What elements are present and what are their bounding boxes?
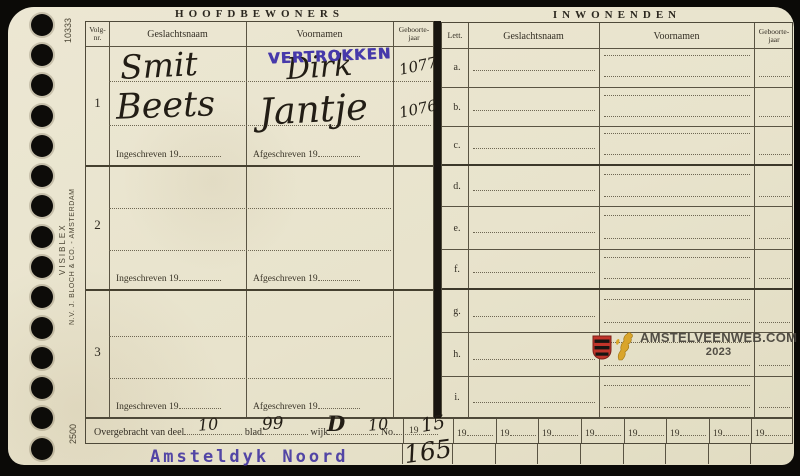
col-header-geslachtsnaam: Geslachtsnaam: [468, 31, 599, 42]
handwritten-surname: Beets: [115, 87, 215, 125]
writing-line: [109, 208, 391, 209]
handwritten-surname: Smit: [119, 47, 198, 84]
writing-line: [109, 250, 391, 251]
manufacturer-imprint: N.V. J. BLOCH & CO. - AMSTERDAM: [69, 188, 76, 325]
cell-divider: [537, 444, 538, 464]
lion-icon: [613, 331, 637, 361]
row-letter: d.: [448, 181, 466, 192]
col-header-voornamen: Voornamen: [246, 29, 393, 40]
punch-hole-icon: [31, 226, 53, 248]
writing-line: [759, 278, 790, 279]
writing-line: [604, 215, 750, 216]
label-blad: blad: [245, 427, 262, 438]
watermark-text-block: AMSTELVEENWEB.COM 2023: [640, 331, 797, 359]
year-cell: 19: [500, 426, 536, 439]
writing-line: [759, 154, 790, 155]
inwonenden-row-e: e.: [442, 206, 792, 249]
writing-line: [473, 110, 595, 111]
writing-line: [109, 378, 391, 379]
punch-hole-icon: [31, 105, 53, 127]
inwonenden-row-g: g.: [442, 288, 792, 332]
punch-hole-icon: [31, 377, 53, 399]
handwritten-house-number: 165: [402, 436, 453, 467]
cell-divider: [750, 444, 751, 464]
registration-card: 10333 VISIBLEX N.V. J. BLOCH & CO. - AMS…: [8, 7, 794, 465]
hoofdbewoners-row-2: 2 Ingeschreven 19 Afgeschreven 19: [86, 165, 433, 289]
punch-hole-icon: [31, 286, 53, 308]
afgeschreven-label: Afgeschreven 19: [253, 147, 360, 160]
cell-divider: [665, 444, 666, 464]
col-header-voornamen: Voornamen: [599, 31, 754, 42]
writing-line: [473, 232, 595, 233]
col-header-volgnr: Volg- nr.: [86, 26, 109, 42]
hoofdbewoners-row-3: 3 Ingeschreven 19 Afgeschreven 19: [86, 289, 433, 419]
section-title-hoofdbewoners: HOOFDBEWONERS: [85, 8, 434, 20]
writing-line: [473, 148, 595, 149]
section-title-inwonenden: INWONENDEN: [441, 9, 793, 21]
writing-line: [759, 322, 790, 323]
inwonenden-row-b: b.: [442, 87, 792, 126]
cell-divider: [624, 419, 625, 443]
year-cell: 19: [755, 426, 791, 439]
handwritten-wijk: D: [327, 413, 345, 434]
row-letter: c.: [448, 140, 466, 151]
year-cell: 19: [628, 426, 664, 439]
cell-divider: [708, 444, 709, 464]
writing-line: [604, 196, 750, 197]
row-letter: i.: [448, 392, 466, 403]
writing-line: [473, 402, 595, 403]
handwritten-birthyear: 1077: [398, 55, 438, 78]
writing-line: [604, 322, 750, 323]
inwonenden-row-a: a.: [442, 49, 792, 87]
inwonenden-header-row: Lett. Geslachtsnaam Voornamen Geboorte- …: [442, 23, 792, 49]
ingeschreven-label: Ingeschreven 19: [116, 147, 221, 160]
writing-line: [759, 196, 790, 197]
inwonenden-row-f: f.: [442, 249, 792, 288]
year-cell: 19: [542, 426, 578, 439]
print-code-top: 10333: [63, 18, 73, 43]
first-year-cell: 19: [409, 426, 419, 436]
cell-divider: [495, 444, 496, 464]
writing-line: [759, 365, 790, 366]
writing-line: [604, 116, 750, 117]
label-wijk: wijk: [311, 427, 329, 438]
writing-line: [604, 76, 750, 77]
punch-hole-icon: [31, 74, 53, 96]
row-letter: h.: [448, 349, 466, 360]
col-header-geslachtsnaam: Geslachtsnaam: [109, 29, 246, 40]
hoofdbewoners-table: Volg- nr. Geslachtsnaam Voornamen Geboor…: [85, 21, 434, 418]
punch-hole-icon: [31, 165, 53, 187]
writing-line: [473, 190, 595, 191]
writing-line: [604, 407, 750, 408]
amstelveenweb-watermark: AMSTELVEENWEB.COM 2023: [592, 331, 797, 361]
afgeschreven-label: Afgeschreven 19: [253, 271, 360, 284]
punch-hole-icon: [31, 438, 53, 460]
writing-line: [604, 257, 750, 258]
row-number: 3: [86, 344, 109, 360]
cell-divider: [538, 419, 539, 443]
row-letter: g.: [448, 306, 466, 317]
writing-line: [604, 154, 750, 155]
handwritten-deel: 10: [197, 416, 218, 433]
punch-hole-icon: [31, 195, 53, 217]
hoofdbewoners-row-1: 1 Smit Dirk 1077 Beets Jantje 1076 Inges…: [86, 47, 433, 165]
handwritten-birthyear: 1076: [398, 98, 438, 121]
punch-hole-icon: [31, 44, 53, 66]
handwritten-no: 10: [367, 416, 388, 433]
scanned-registration-card-page: 10333 VISIBLEX N.V. J. BLOCH & CO. - AMS…: [0, 0, 800, 476]
row-number: 2: [86, 217, 109, 233]
writing-line: [473, 272, 595, 273]
row-letter: b.: [448, 102, 466, 113]
writing-line: [604, 385, 750, 386]
writing-line: [759, 76, 790, 77]
year-cell: 19: [585, 426, 621, 439]
handwritten-firstname: Jantje: [258, 88, 369, 131]
col-header-lett: Lett.: [442, 31, 468, 40]
cell-divider: [581, 419, 582, 443]
cell-divider: [496, 419, 497, 443]
row-letter: e.: [448, 223, 466, 234]
watermark-year: 2023: [640, 346, 797, 359]
cell-divider: [751, 419, 752, 443]
ingeschreven-label: Ingeschreven 19: [116, 271, 221, 284]
row-letter: f.: [448, 264, 466, 275]
writing-line: [759, 238, 790, 239]
brand-visiblex: VISIBLEX: [58, 223, 67, 275]
punch-hole-icon: [31, 407, 53, 429]
hoofdbewoners-header-row: Volg- nr. Geslachtsnaam Voornamen Geboor…: [86, 22, 433, 47]
inwonenden-row-c: c.: [442, 126, 792, 164]
cell-divider: [580, 444, 581, 464]
year-cell: 19: [670, 426, 706, 439]
address-stamp: Amsteldyk Noord: [150, 447, 349, 467]
inwonenden-row-i: i.: [442, 376, 792, 419]
handwritten-blad: 99: [261, 415, 284, 433]
handwritten-year: 15: [420, 413, 447, 436]
writing-line: [759, 116, 790, 117]
punch-hole-icon: [31, 14, 53, 36]
punch-hole-icon: [31, 347, 53, 369]
row-letter: a.: [448, 62, 466, 73]
year-cell: 19: [713, 426, 749, 439]
writing-line: [604, 133, 750, 134]
writing-line: [473, 359, 595, 360]
label-overgebracht: Overgebracht van deel: [94, 427, 184, 438]
writing-line: [604, 174, 750, 175]
section-divider: [434, 21, 441, 418]
coat-of-arms-icon: [592, 335, 612, 360]
col-header-geboortejaar: Geboorte- jaar: [754, 28, 794, 44]
writing-line: [604, 299, 750, 300]
print-code-bottom: 2500: [68, 424, 78, 444]
writing-line: [109, 336, 391, 337]
row-number: 1: [86, 95, 109, 111]
year-cell: 19: [457, 426, 493, 439]
punch-hole-icon: [31, 317, 53, 339]
punch-hole-icon: [31, 135, 53, 157]
inwonenden-row-d: d.: [442, 164, 792, 206]
cell-divider: [623, 444, 624, 464]
writing-line: [604, 365, 750, 366]
writing-line: [604, 55, 750, 56]
cell-divider: [709, 419, 710, 443]
watermark-site: AMSTELVEENWEB.COM: [640, 331, 797, 344]
col-header-geboortejaar: Geboorte- jaar: [393, 26, 435, 42]
cell-divider: [453, 419, 454, 443]
writing-line: [759, 407, 790, 408]
cell-divider: [666, 419, 667, 443]
writing-line: [473, 70, 595, 71]
punch-hole-icon: [31, 256, 53, 278]
ingeschreven-label: Ingeschreven 19: [116, 399, 221, 412]
writing-line: [604, 95, 750, 96]
writing-line: [604, 238, 750, 239]
writing-line: [604, 278, 750, 279]
writing-line: [473, 316, 595, 317]
